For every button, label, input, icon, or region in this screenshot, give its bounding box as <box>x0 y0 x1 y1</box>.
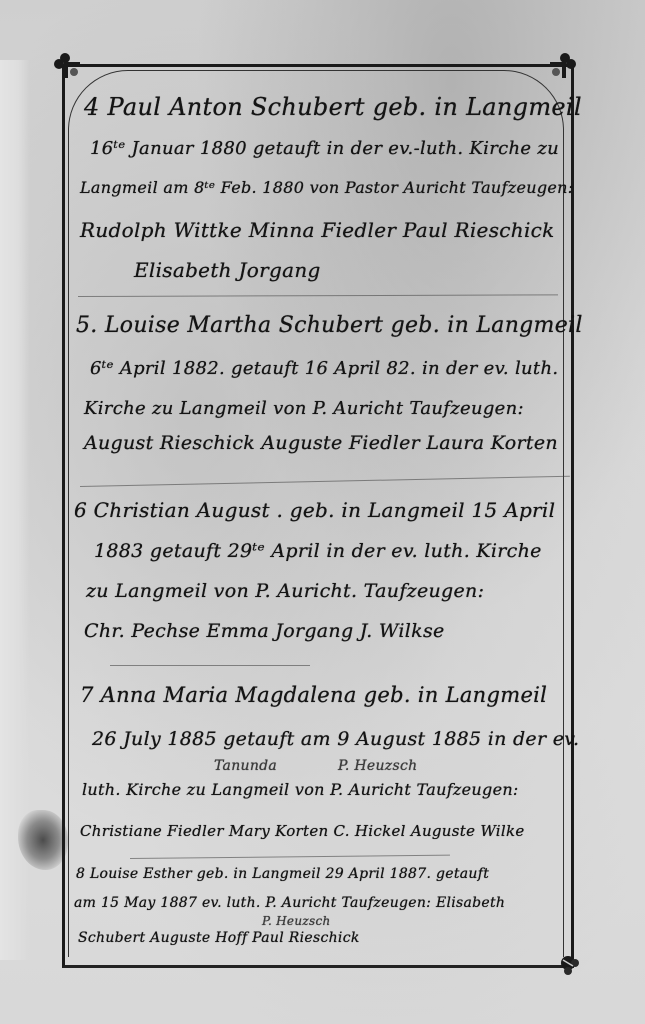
entry-5-line-3: Kirche zu Langmeil von P. Auricht Taufze… <box>84 398 524 419</box>
entry-4-line-2: 16ᵗᵉ Januar 1880 getauft in der ev.-luth… <box>90 138 559 159</box>
entry-7-line-2: 26 July 1885 getauft am 9 August 1885 in… <box>92 728 579 750</box>
entry-7-line-3: luth. Kirche zu Langmeil von P. Auricht … <box>82 780 519 799</box>
entry-6-line-2: 1883 getauft 29ᵗᵉ April in der ev. luth.… <box>94 540 542 562</box>
entry-6-line-4: Chr. Pechse Emma Jorgang J. Wilkse <box>84 620 445 642</box>
corner-knot-icon <box>555 950 585 980</box>
entry-8-line-3: Schubert Auguste Hoff Paul Rieschick <box>78 930 360 946</box>
entry-7-line-1: 7 Anna Maria Magdalena geb. in Langmeil <box>80 683 547 707</box>
entry-8-correction-pastor: P. Heuzsch <box>262 914 331 928</box>
entry-6-line-1: 6 Christian August . geb. in Langmeil 15… <box>74 498 555 522</box>
entry-5-line-2: 6ᵗᵉ April 1882. getauft 16 April 82. in … <box>90 358 558 379</box>
entry-5-line-4: August Rieschick Auguste Fiedler Laura K… <box>84 432 558 454</box>
entry-8-line-2: am 15 May 1887 ev. luth. P. Auricht Tauf… <box>74 895 505 911</box>
scanned-register-page: 4 Paul Anton Schubert geb. in Langmeil 1… <box>0 0 645 1024</box>
corner-ornament-icon <box>50 48 80 78</box>
entry-8-line-1: 8 Louise Esther geb. in Langmeil 29 Apri… <box>76 866 489 882</box>
entry-separator <box>110 665 310 666</box>
entry-7-line-4: Christiane Fiedler Mary Korten C. Hickel… <box>80 822 525 840</box>
entry-4-line-1: 4 Paul Anton Schubert geb. in Langmeil <box>84 93 582 121</box>
entry-4-line-4: Rudolph Wittke Minna Fiedler Paul Riesch… <box>80 218 555 242</box>
entry-7-correction-pastor: P. Heuzsch <box>338 758 417 774</box>
entry-7-correction-place: Tanunda <box>214 758 277 774</box>
corner-ornament-icon <box>550 48 580 78</box>
entry-4-line-5: Elisabeth Jorgang <box>134 258 321 282</box>
entry-4-line-3: Langmeil am 8ᵗᵉ Feb. 1880 von Pastor Aur… <box>80 178 573 197</box>
entry-6-line-3: zu Langmeil von P. Auricht. Taufzeugen: <box>86 580 484 602</box>
entry-5-line-1: 5. Louise Martha Schubert geb. in Langme… <box>76 313 583 338</box>
